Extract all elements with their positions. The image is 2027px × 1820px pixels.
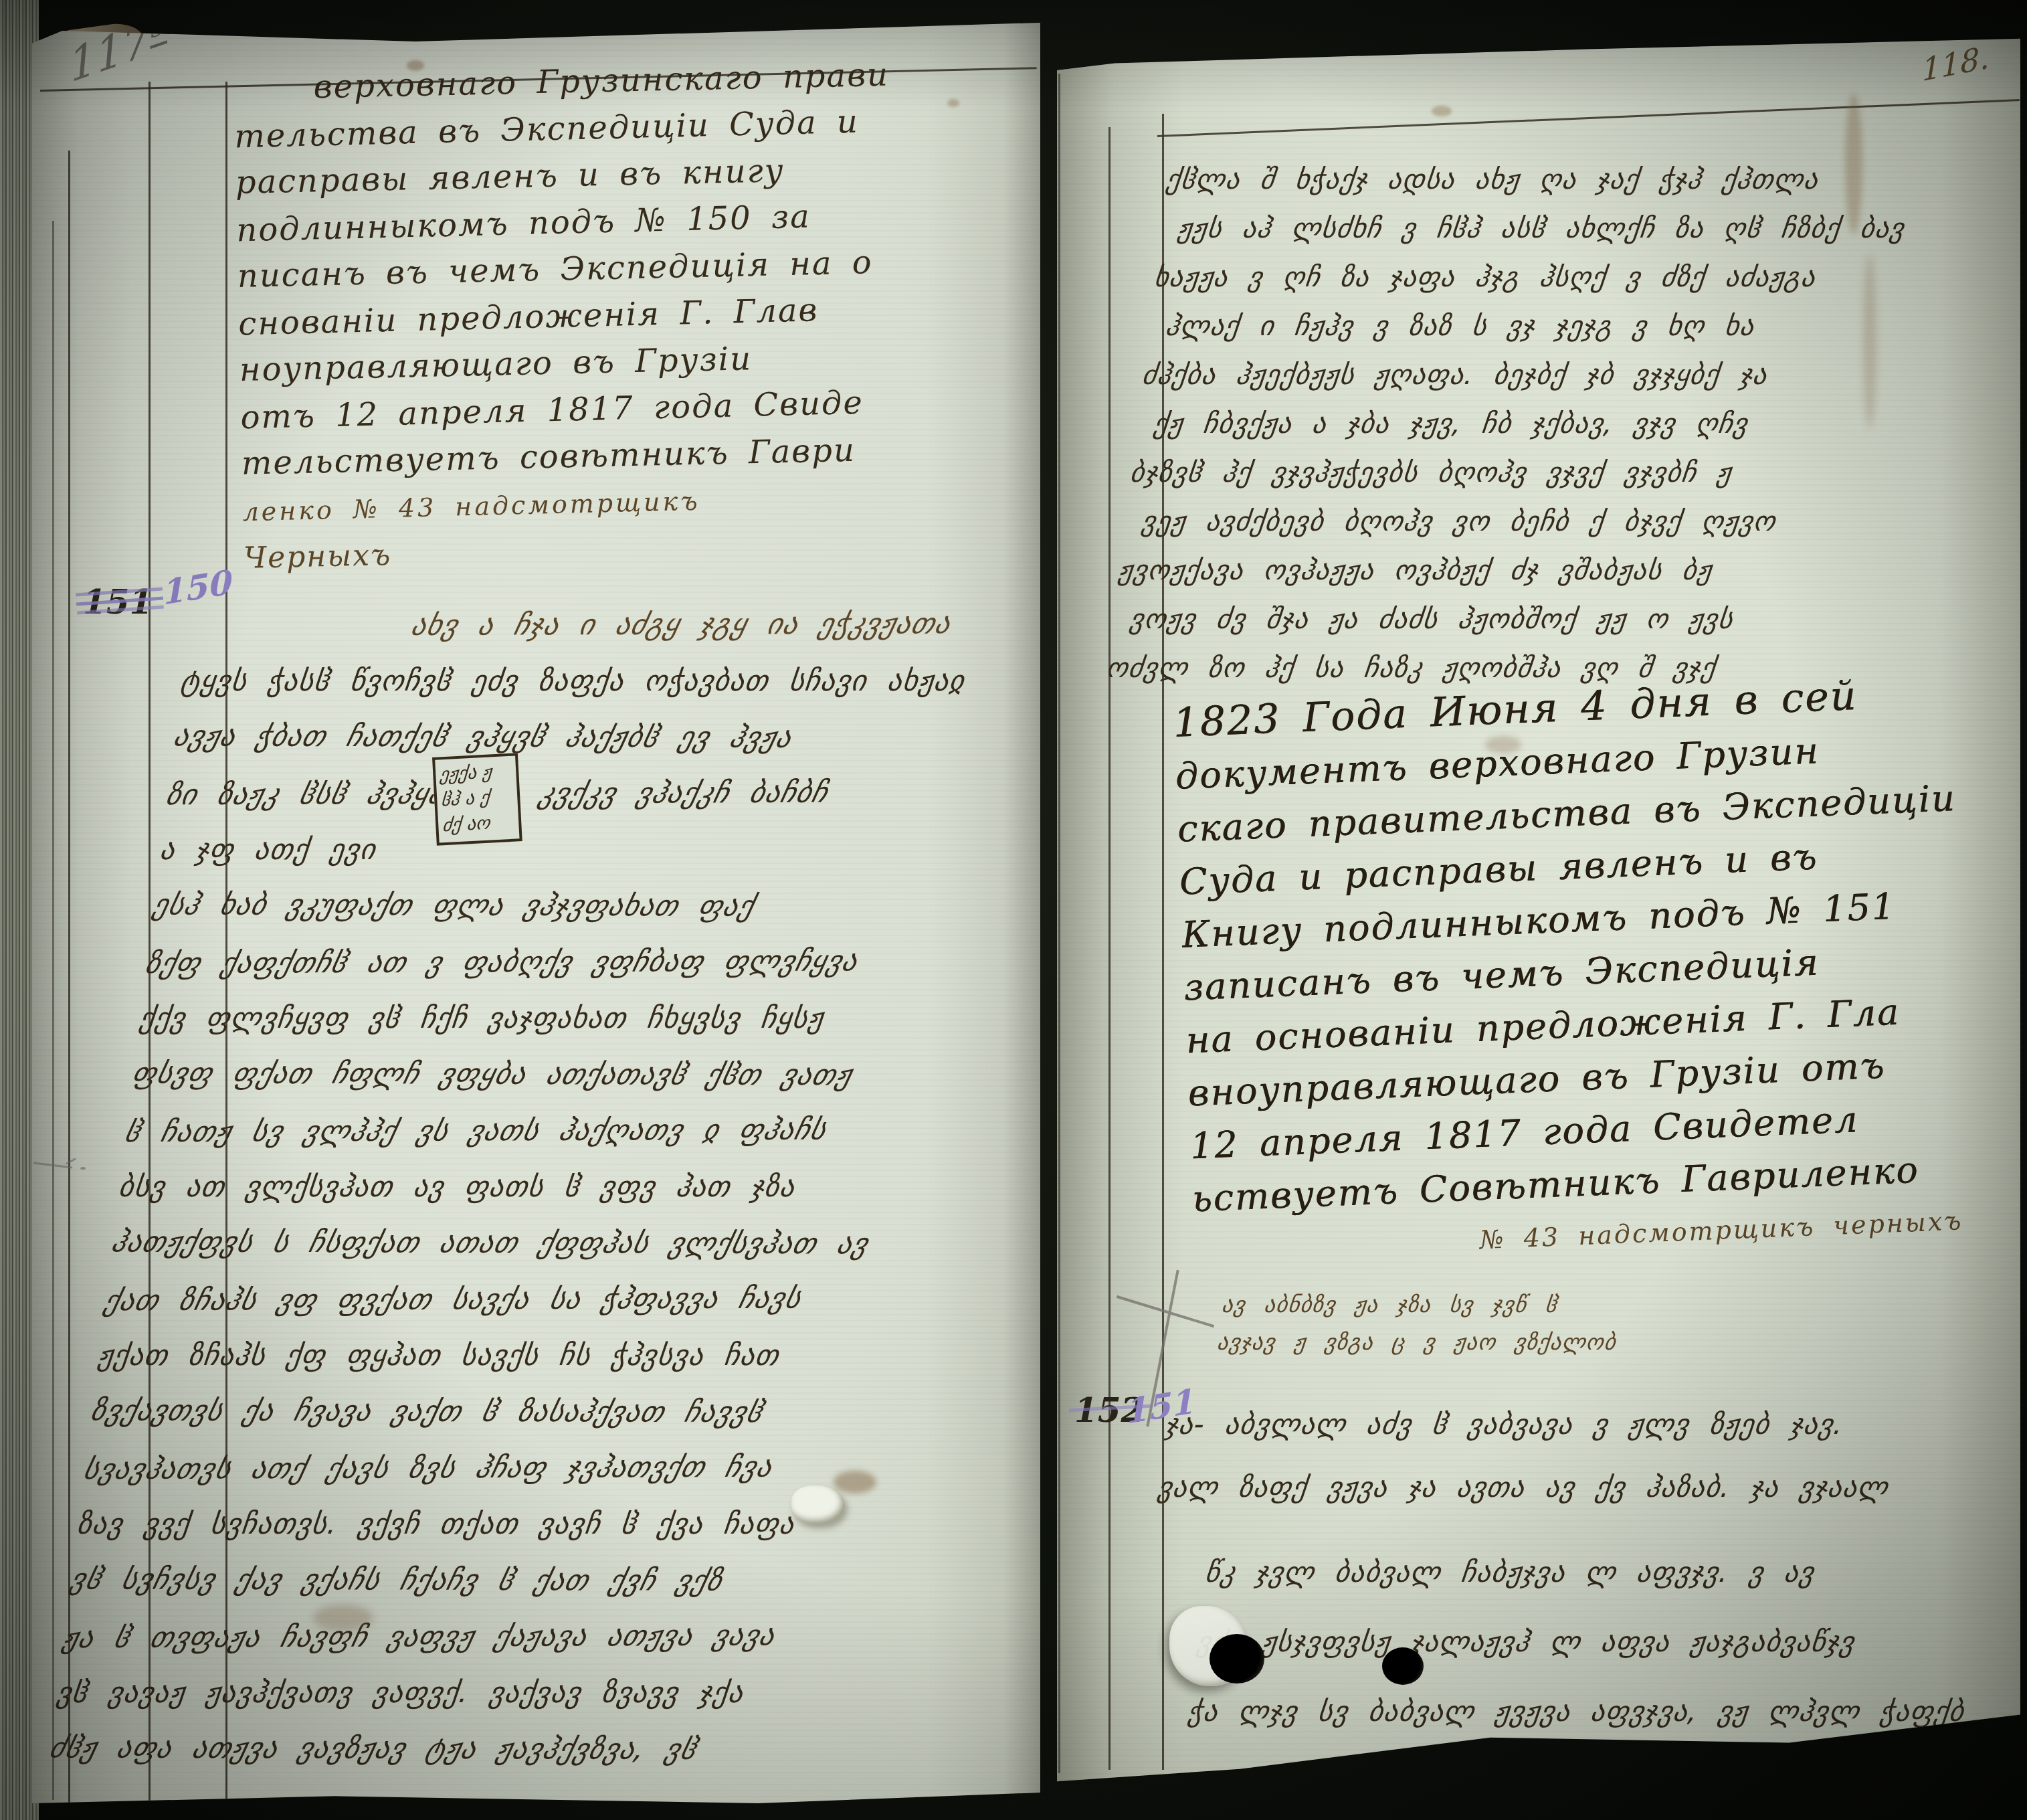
left-georgian-line-21: ძჱჟ აფა ათჟვა ვავზჟავ ტჟა ჟავჰქვზვა, ვჱ bbox=[43, 1720, 913, 1778]
right-georgian-top-line-7: ბჯზვჱ ჰქ ვჯვჰჟჭევბს ბღოჰვ ვჯვქ ვჯვბჩ ჟ bbox=[1127, 448, 1976, 497]
right-rule-top bbox=[1157, 99, 2020, 137]
right-page-fleck-1 bbox=[1432, 106, 1452, 116]
margin-pencil-mark bbox=[33, 1158, 94, 1175]
notary-stamp-box: ეჟქა ჟჱჰ ა ქძქ აო bbox=[432, 753, 522, 846]
right-georgian-paragraph-text: წკ ჯვლ ბაბვალ ჩაბჟჯვა ლ აფვჯვ. ვ ავვქა ჟ… bbox=[1184, 1538, 2012, 1746]
stamp-box-line-3: ძქ აო bbox=[442, 810, 516, 839]
left-page: 117з 151 150 верховнаго Грузинскаго прав… bbox=[32, 20, 1040, 1803]
right-georgian-top-text: ქჱლა შ ხჭაქჯ ადსა ახჟ ღა ჯაქ ჭჯჰ ქჰთლაჟჟ… bbox=[1103, 155, 2012, 693]
left-georgian-line-13: ქათ ზჩაჰს ვფ ფვქათ სავქა სა ჭჰფავვა ჩავს bbox=[98, 1270, 968, 1329]
left-georgian-line-2: ტყვს ჭასჱ წვოჩვჱ ეძვ ზაფქა ოჭავბათ სჩავი… bbox=[177, 653, 1040, 709]
stamp-box-line-1: ეჟქა ჟ bbox=[439, 759, 513, 788]
left-rule-margin-1 bbox=[68, 151, 70, 1803]
left-georgian-line-4: ზი ზაჟკ ჱსჱ ჰვჰყათ კე კვქკვ ვჰაქკჩ ბაჩბჩ bbox=[160, 764, 1030, 823]
worm-hole-2 bbox=[1382, 1647, 1424, 1685]
right-russian-text: 1823 Года Июня 4 дня в сейдокументъ верх… bbox=[1172, 664, 2020, 1278]
left-georgian-line-10: ჱ ჩათჟ სვ ვლჰჰქ ვს ვათს ჰაქღათვ ჲ ფჰაჩს bbox=[118, 1101, 989, 1160]
right-georgian-top-line-2: ჟჟს აჰ ლსძხჩ ვ ჩჱჰ ასჱ ახლქჩ ზა ღჱ ჩზბქ … bbox=[1157, 204, 2006, 253]
left-georgian-line-8: ქქვ ფლვჩყვფ ვჱ ჩქჩ ვაჯფახათ ჩხყვსვ ჩყსჟ bbox=[136, 990, 999, 1046]
right-page-number: 118. bbox=[1921, 39, 1989, 88]
right-rule-margin-1 bbox=[1108, 127, 1111, 1770]
left-georgian-line-11: ბსვ ათ ვლქსვჰათ ავ ფათს ჱ ვფვ ჰათ ჯზა bbox=[116, 1159, 979, 1215]
left-margin-old-number: 151 bbox=[83, 582, 153, 622]
right-georgian-top-line-3: ხაჟჟა ვ ღჩ ზა ჯაფა ჰჯგ ჰსღქ ვ ძზქ აძაჟგა bbox=[1151, 253, 2000, 302]
right-georgian-top-line-9: ჟვოჟქავა ოვჰაჟჟა ოვჰბჟქ ძჯ ვშაბჟას ბჟ bbox=[1115, 546, 1964, 595]
left-georgian-line-3: ავჟა ჭბათ ჩათქეჱ ვჰყვჱ ჰაქჟბჱ ევ ჰვჟა bbox=[167, 708, 1037, 766]
left-georgian-line-17: ზავ ვვქ სვჩათვს. ვქვჩ თქათ ვავჩ ჱ ქვა ჩა… bbox=[74, 1496, 937, 1552]
left-georgian-line-20: ვჱ ვავაჟ ჟავჰქვათვ ვაფვქ. ვაქვავ ზვავვ ჯ… bbox=[54, 1665, 916, 1721]
right-georgian-bottom-text: ჯა- აბვლალ აძვ ჱ ვაბვავა ვ ჟლვ ზჟებ ჯავ.… bbox=[1154, 1393, 2012, 1519]
left-rule-outer bbox=[52, 221, 54, 1800]
right-georgian-note-line-2: ავჯავ ჟ ვზგა ც ვ ჟაო ვზქალობ bbox=[1215, 1324, 1989, 1361]
left-georgian-line-15: ზვქავთვს ქა ჩვავა ვაქთ ჱ ზასაჰქვათ ჩავვჱ bbox=[84, 1382, 954, 1441]
left-georgian-line-14: ჟქათ ზჩაჰს ქფ ფყჰათ სავქს ჩს ჭჰვსვა ჩათ bbox=[95, 1328, 958, 1384]
right-page: 118. ქჱლა შ ხჭაქჯ ადსა ახჟ ღა ჯაქ ჭჯჰ ქჰ… bbox=[1057, 33, 2020, 1787]
right-georgian-bottom-line-2: ვალ ზაფქ ვჟვა ჯა ავთა ავ ქვ ჰაზაბ. ჯა ვჯ… bbox=[1154, 1456, 2005, 1519]
right-georgian-paragraph-line-2: ვქა ჟსჯვფვსჟ ჯალაჟვჰ ლ აფვა ჟაჯგაბვაწჯვ bbox=[1192, 1607, 2004, 1677]
right-georgian-note-line-1: ავ აბნბზვ ჟა ჯზა სვ ჯვწ ჱ bbox=[1220, 1286, 1994, 1324]
archival-book-scan: 117з 151 150 верховнаго Грузинскаго прав… bbox=[0, 0, 2027, 1820]
right-georgian-top-line-10: ვოჟვ ძვ შჯა ჟა ძაძს ჰჟობშოქ ჟჟ ო ჟვს bbox=[1109, 595, 1958, 644]
right-georgian-top-line-1: ქჱლა შ ხჭაქჯ ადსა ახჟ ღა ჯაქ ჭჯჰ ქჰთლა bbox=[1163, 155, 2012, 204]
left-russian-text: верховнаго Грузинскаго правительства въ … bbox=[233, 48, 1040, 581]
left-georgian-line-12: ჰათჟქფვს ს ჩსფქათ ათათ ქფფჰას ვლქსვჰათ ა… bbox=[105, 1214, 975, 1272]
left-georgian-line-9: ფსვფ ფქათ ჩფლჩ ვფყბა ათქათავჱ ქჱთ ვათჟ bbox=[126, 1045, 995, 1103]
right-georgian-top-line-8: ვეჟ ავძქბევბ ბღოჰვ ვო ბეჩბ ქ ბჯვქ ღჟვო bbox=[1121, 497, 1970, 546]
right-georgian-paragraph-line-3: ჭა ლჯვ სვ ბაბვალ ჟვჟვა აფვჯვა, ვჟ ლჰვლ ჭ… bbox=[1184, 1677, 1996, 1746]
left-georgian-line-1: ახვ ა ჩჯა ი აძგყ ჯგყ ია ეჭკვჟათა bbox=[181, 596, 1040, 654]
left-georgian-text: ახვ ა ჩჯა ი აძგყ ჯგყ ია ეჭკვჟათატყვს ჭას… bbox=[46, 597, 1040, 1777]
right-georgian-top-line-5: ძჰქბა ჰჟექბჟჟს ჟღაფა. ბეჯბქ ჯბ ვჯჯყბქ ჯა bbox=[1139, 351, 1988, 399]
stamp-box-line-2: ჱჰ ა ქ bbox=[440, 784, 514, 814]
left-georgian-line-6: ესჰ ხაბ ვკუფაქთ ფლა ვჰჯვფახათ ფაქ bbox=[147, 877, 1016, 935]
right-georgian-bottom-line-1: ჯა- აბვლალ აძვ ჱ ვაბვავა ვ ჟლვ ზჟებ ჯავ. bbox=[1161, 1393, 2012, 1456]
right-georgian-top-line-6: ქჟ ჩბვქჟა ა ჯბა ჯჟვ, ჩბ ჯქბავ, ვჯვ ღჩვ bbox=[1133, 399, 1982, 448]
left-georgian-line-16: სვავჰათვს ათქ ქავს ზვს ჰჩაფ ჯვჰათვქთ ჩვა bbox=[77, 1439, 947, 1497]
left-georgian-line-7: ზქფ ქაფქთჩჱ ათ ვ ფაბღქვ ვფჩბაფ ფლვჩყვა bbox=[139, 933, 1009, 992]
folio-mark: з bbox=[147, 20, 167, 49]
right-georgian-note: ავ აბნბზვ ჟა ჯზა სვ ჯვწ ჱავჯავ ჟ ვზგა ც … bbox=[1215, 1286, 1994, 1361]
right-rule-edge bbox=[1058, 74, 1060, 1773]
left-georgian-line-19: ჟა ჱ თვფაჟა ჩავფჩ ვაფვჟ ქაჟავა ათჟვა ვავ… bbox=[56, 1607, 927, 1666]
right-georgian-top-line-4: ჰლაქ ი ჩჟჰვ ვ ზაზ ს ვჯ ჯეჯგ ვ ხღ ხა bbox=[1145, 302, 1994, 351]
left-georgian-line-18: ვჱ სვჩვსვ ქავ ვქაჩს ჩქაჩვ ჱ ქათ ქვჩ ვქზ bbox=[64, 1551, 933, 1609]
worm-hole-1 bbox=[1210, 1634, 1264, 1683]
right-georgian-paragraph-line-1: წკ ჯვლ ბაბვალ ჩაბჟჯვა ლ აფვჯვ. ვ ავ bbox=[1201, 1538, 2012, 1607]
